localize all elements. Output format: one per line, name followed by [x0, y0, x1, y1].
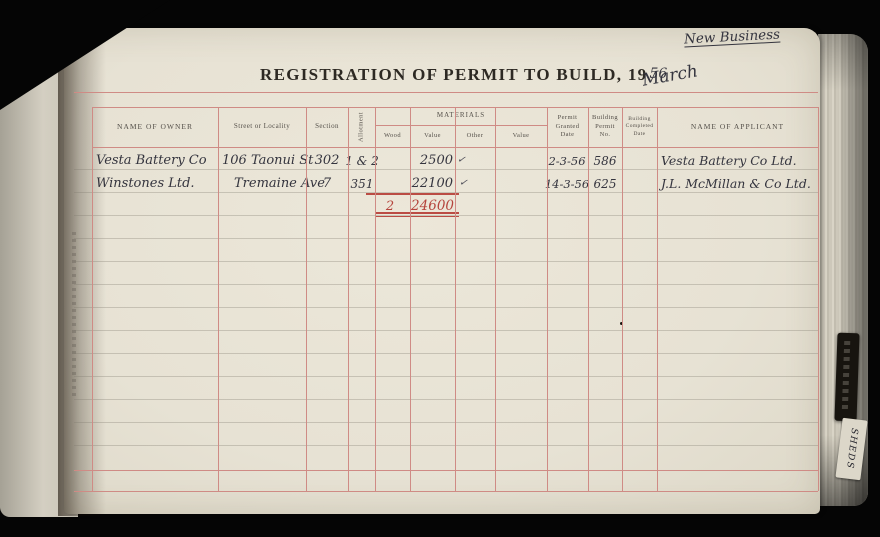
grid-vline [92, 107, 93, 491]
header-section: Section [306, 107, 348, 147]
totals-underline-2 [376, 216, 459, 218]
grid-vline [588, 107, 589, 491]
header-wood: Wood [375, 126, 410, 146]
sheds-tab-label: SHEDS [844, 428, 859, 470]
grid-vline [348, 107, 349, 491]
black-index-tab [834, 333, 859, 422]
cell-permit-date-row2: 14-3-56 [545, 173, 589, 194]
totals-wood: 2 [375, 196, 405, 217]
grid-hline [74, 92, 818, 93]
header-allotment: Allotment [348, 109, 375, 146]
grid-vline [495, 107, 496, 491]
page-title: REGISTRATION OF PERMIT TO BUILD, 19 [260, 65, 647, 85]
header-applicant: NAME OF APPLICANT [657, 107, 818, 147]
grid-vline [547, 107, 548, 491]
header-owner: NAME OF OWNER [92, 107, 218, 147]
ledger-photo: REGISTRATION OF PERMIT TO BUILD, 19 56 M… [0, 0, 880, 537]
cell-section-row1: 302 [306, 150, 348, 171]
grid-vline [622, 107, 623, 491]
header-value1: Value [410, 126, 455, 146]
header-building-permit-no: Building Permit No. [590, 107, 620, 147]
grid-vline [218, 107, 219, 491]
grid-vline [375, 107, 376, 491]
grid-hline [375, 125, 547, 126]
cell-applicant-row1: Vesta Battery Co Ltd. [661, 150, 816, 171]
cell-permit-no-row2: 625 [588, 173, 622, 194]
header-building-completed-date: Building Completed Date [623, 107, 656, 147]
grid-hline [74, 491, 818, 492]
grid-hline [74, 470, 818, 471]
grid-vline [306, 107, 307, 491]
cell-permit-no-row1: 586 [588, 150, 622, 171]
cell-value-row2: 22100 [410, 173, 453, 194]
header-street: Street or Locality [218, 107, 306, 147]
header-materials: MATERIALS [375, 108, 547, 124]
grid-vline [657, 107, 658, 491]
grid-hline [92, 107, 818, 108]
cell-section-row2: 7 [306, 173, 348, 194]
cell-value-row1: 2500 [410, 150, 453, 171]
title-row: REGISTRATION OF PERMIT TO BUILD, 19 56 [260, 65, 667, 85]
grid-vline [455, 107, 456, 491]
header-value2: Value [495, 126, 547, 146]
checkmark-row1: ✓ [456, 149, 473, 172]
checkmark-row2: ✓ [458, 172, 475, 195]
grid-vline [818, 107, 819, 491]
totals-underline-1 [376, 212, 459, 214]
header-permit-granted-date: Permit Granted Date [549, 107, 586, 147]
cell-street-row2: Tremaine Ave [234, 173, 306, 194]
cell-allotment-row2: 351 [347, 173, 377, 194]
cell-permit-date-row1: 2-3-56 [546, 150, 588, 171]
cell-allotment-row1: 1 & 2 [347, 150, 377, 171]
cell-street-row1: 106 Taonui St [222, 150, 304, 171]
black-tab-label-illegible [842, 341, 850, 411]
cell-owner-row2: Winstones Ltd. [96, 173, 216, 194]
cell-owner-row1: Vesta Battery Co [96, 150, 216, 171]
cell-applicant-row2: J.L. McMillan & Co Ltd. [661, 173, 821, 194]
grid-vline [410, 107, 411, 491]
header-other: Other [455, 126, 495, 146]
grid-hline [92, 147, 818, 148]
